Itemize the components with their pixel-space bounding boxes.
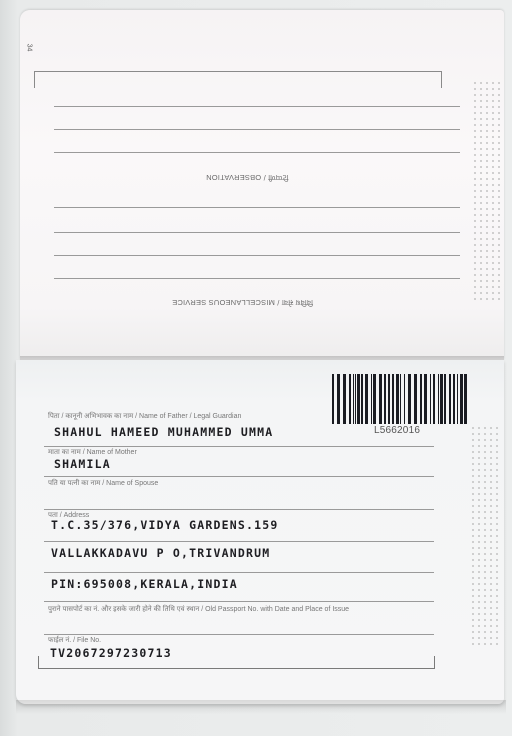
mother-name-value: SHAMILA	[54, 457, 111, 471]
field-divider	[44, 572, 434, 573]
address-line-1: T.C.35/376,VIDYA GARDENS.159	[51, 518, 278, 532]
page-number: 34	[25, 44, 32, 52]
observation-line	[54, 232, 460, 233]
mother-name-label: माता का नाम / Name of Mother	[48, 448, 137, 457]
perforation-dots	[470, 425, 500, 645]
page-edge-shadow	[16, 700, 506, 714]
file-number-box	[38, 656, 435, 669]
father-name-label: पिता / कानूनी अभिभावक का नाम / Name of F…	[48, 412, 241, 421]
miscellaneous-service-label: विविध सेवा / MISCELLANEOUS SERVICE	[172, 297, 313, 307]
old-passport-label: पुराने पासपोर्ट का नं. और इसके जारी होने…	[48, 605, 349, 614]
observation-line	[54, 106, 460, 107]
observation-page	[20, 10, 504, 360]
observation-line	[54, 152, 460, 153]
spouse-name-label: पति या पत्नी का नाम / Name of Spouse	[48, 479, 158, 488]
observation-line	[54, 207, 460, 208]
field-divider	[44, 446, 434, 447]
address-line-3: PIN:695008,KERALA,INDIA	[51, 577, 238, 591]
observation-line	[54, 255, 460, 256]
father-name-value: SHAHUL HAMEED MUHAMMED UMMA	[54, 425, 273, 439]
barcode-gap	[467, 374, 468, 424]
field-divider	[44, 601, 434, 602]
observation-line	[54, 278, 460, 279]
address-line-2: VALLAKKADAVU P O,TRIVANDRUM	[51, 546, 270, 560]
barcode-number: L5662016	[374, 425, 420, 436]
observation-line	[54, 129, 460, 130]
barcode	[332, 374, 468, 424]
observation-box-top	[34, 71, 442, 88]
field-divider	[44, 476, 434, 477]
field-divider	[44, 634, 434, 635]
field-divider	[44, 541, 434, 542]
perforation-dots	[472, 80, 502, 300]
file-number-label: फाईल नं. / File No.	[48, 636, 101, 645]
field-divider	[44, 509, 434, 510]
observation-label: टिप्पणी / OBSERVATION	[206, 172, 288, 182]
